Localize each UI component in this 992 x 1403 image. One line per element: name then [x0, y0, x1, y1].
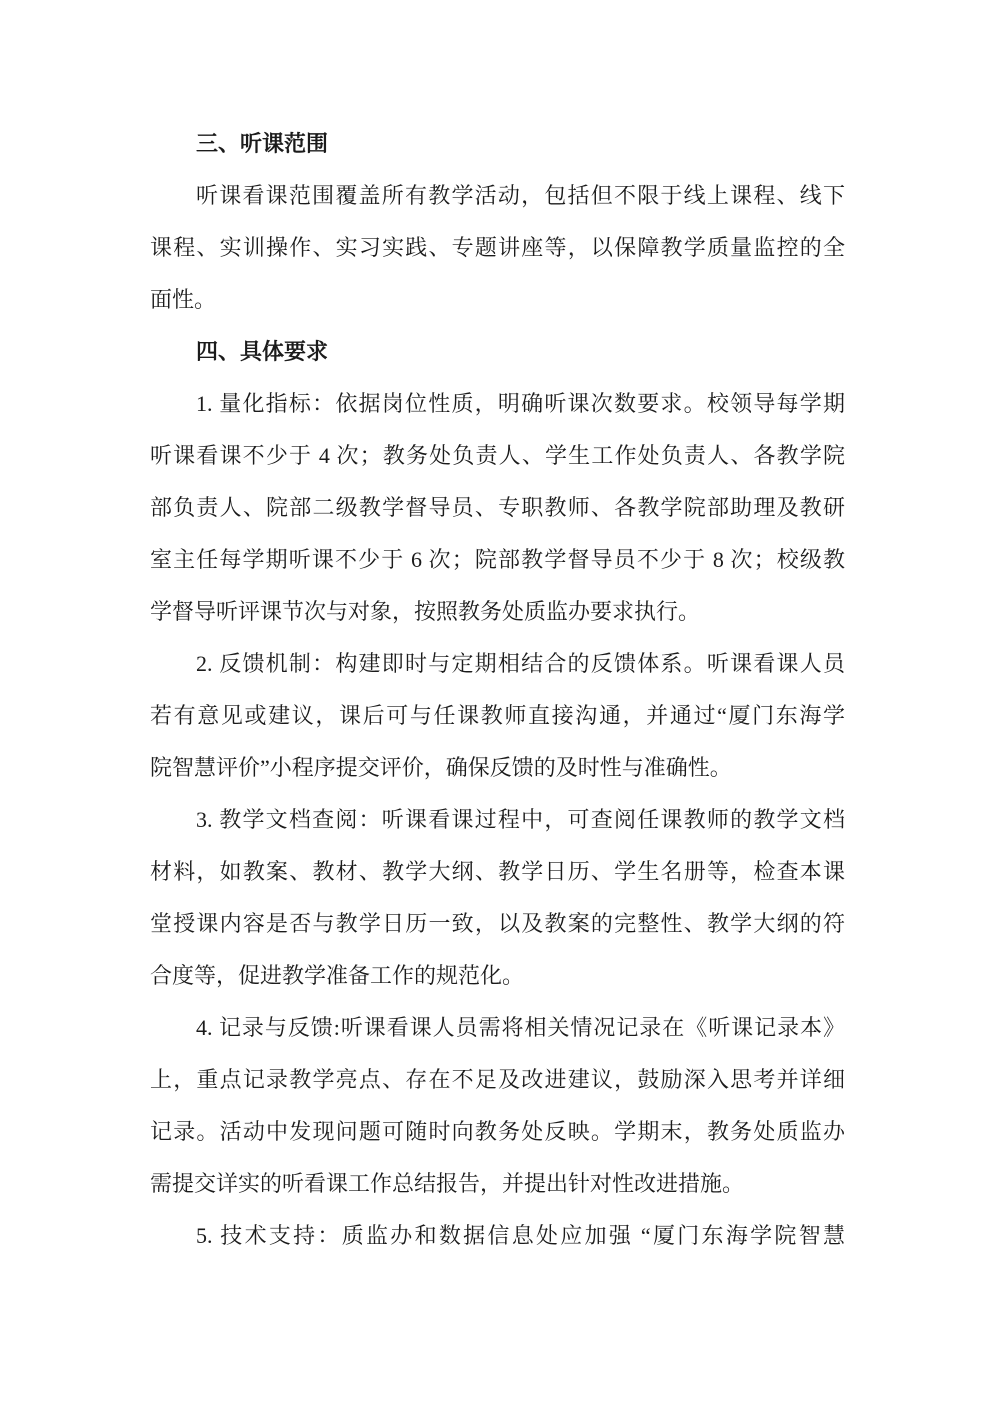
requirement-item-5: 5. 技术支持：质监办和数据信息处应加强 “厦门东海学院智慧: [150, 1210, 845, 1262]
requirement-1-line: 1. 量化指标：依据岗位性质，明确听课次数要求。校领导每学期: [150, 378, 845, 430]
section-scope: 三、听课范围 听课看课范围覆盖所有教学活动，包括但不限于线上课程、线下 课程、实…: [150, 118, 845, 326]
requirement-item-2: 2. 反馈机制：构建即时与定期相结合的反馈体系。听课看课人员 若有意见或建议，课…: [150, 638, 845, 794]
requirement-5-line: 5. 技术支持：质监办和数据信息处应加强 “厦门东海学院智慧: [150, 1210, 845, 1262]
requirement-3-line: 3. 教学文档查阅：听课看课过程中，可查阅任课教师的教学文档: [150, 794, 845, 846]
scope-paragraph-line: 课程、实训操作、实习实践、专题讲座等，以保障教学质量监控的全: [150, 222, 845, 274]
requirement-3-line: 合度等，促进教学准备工作的规范化。: [150, 950, 845, 1002]
requirement-4-line: 上，重点记录教学亮点、存在不足及改进建议，鼓励深入思考并详细: [150, 1054, 845, 1106]
section-heading-requirements: 四、具体要求: [150, 326, 845, 378]
requirement-3-line: 材料，如教案、教材、教学大纲、教学日历、学生名册等，检查本课: [150, 846, 845, 898]
scope-paragraph-line: 听课看课范围覆盖所有教学活动，包括但不限于线上课程、线下: [150, 170, 845, 222]
requirement-1-line: 听课看课不少于 4 次；教务处负责人、学生工作处负责人、各教学院: [150, 430, 845, 482]
requirement-2-line: 院智慧评价”小程序提交评价，确保反馈的及时性与准确性。: [150, 742, 845, 794]
requirement-1-line: 部负责人、院部二级教学督导员、专职教师、各教学院部助理及教研: [150, 482, 845, 534]
requirement-2-line: 若有意见或建议，课后可与任课教师直接沟通，并通过“厦门东海学: [150, 690, 845, 742]
requirement-1-line: 室主任每学期听课不少于 6 次；院部教学督导员不少于 8 次；校级教: [150, 534, 845, 586]
document-page: 三、听课范围 听课看课范围覆盖所有教学活动，包括但不限于线上课程、线下 课程、实…: [0, 0, 992, 1403]
requirement-3-line: 堂授课内容是否与教学日历一致，以及教案的完整性、教学大纲的符: [150, 898, 845, 950]
requirement-item-4: 4. 记录与反馈:听课看课人员需将相关情况记录在《听课记录本》 上，重点记录教学…: [150, 1002, 845, 1210]
requirement-2-line: 2. 反馈机制：构建即时与定期相结合的反馈体系。听课看课人员: [150, 638, 845, 690]
scope-paragraph-line: 面性。: [150, 274, 845, 326]
section-heading-scope: 三、听课范围: [150, 118, 845, 170]
requirement-item-1: 1. 量化指标：依据岗位性质，明确听课次数要求。校领导每学期 听课看课不少于 4…: [150, 378, 845, 638]
requirement-4-line: 需提交详实的听看课工作总结报告，并提出针对性改进措施。: [150, 1158, 845, 1210]
requirement-1-line: 学督导听评课节次与对象，按照教务处质监办要求执行。: [150, 586, 845, 638]
requirement-4-line: 4. 记录与反馈:听课看课人员需将相关情况记录在《听课记录本》: [150, 1002, 845, 1054]
requirement-item-3: 3. 教学文档查阅：听课看课过程中，可查阅任课教师的教学文档 材料，如教案、教材…: [150, 794, 845, 1002]
requirement-4-line: 记录。活动中发现问题可随时向教务处反映。学期末，教务处质监办: [150, 1106, 845, 1158]
section-requirements: 四、具体要求 1. 量化指标：依据岗位性质，明确听课次数要求。校领导每学期 听课…: [150, 326, 845, 1262]
